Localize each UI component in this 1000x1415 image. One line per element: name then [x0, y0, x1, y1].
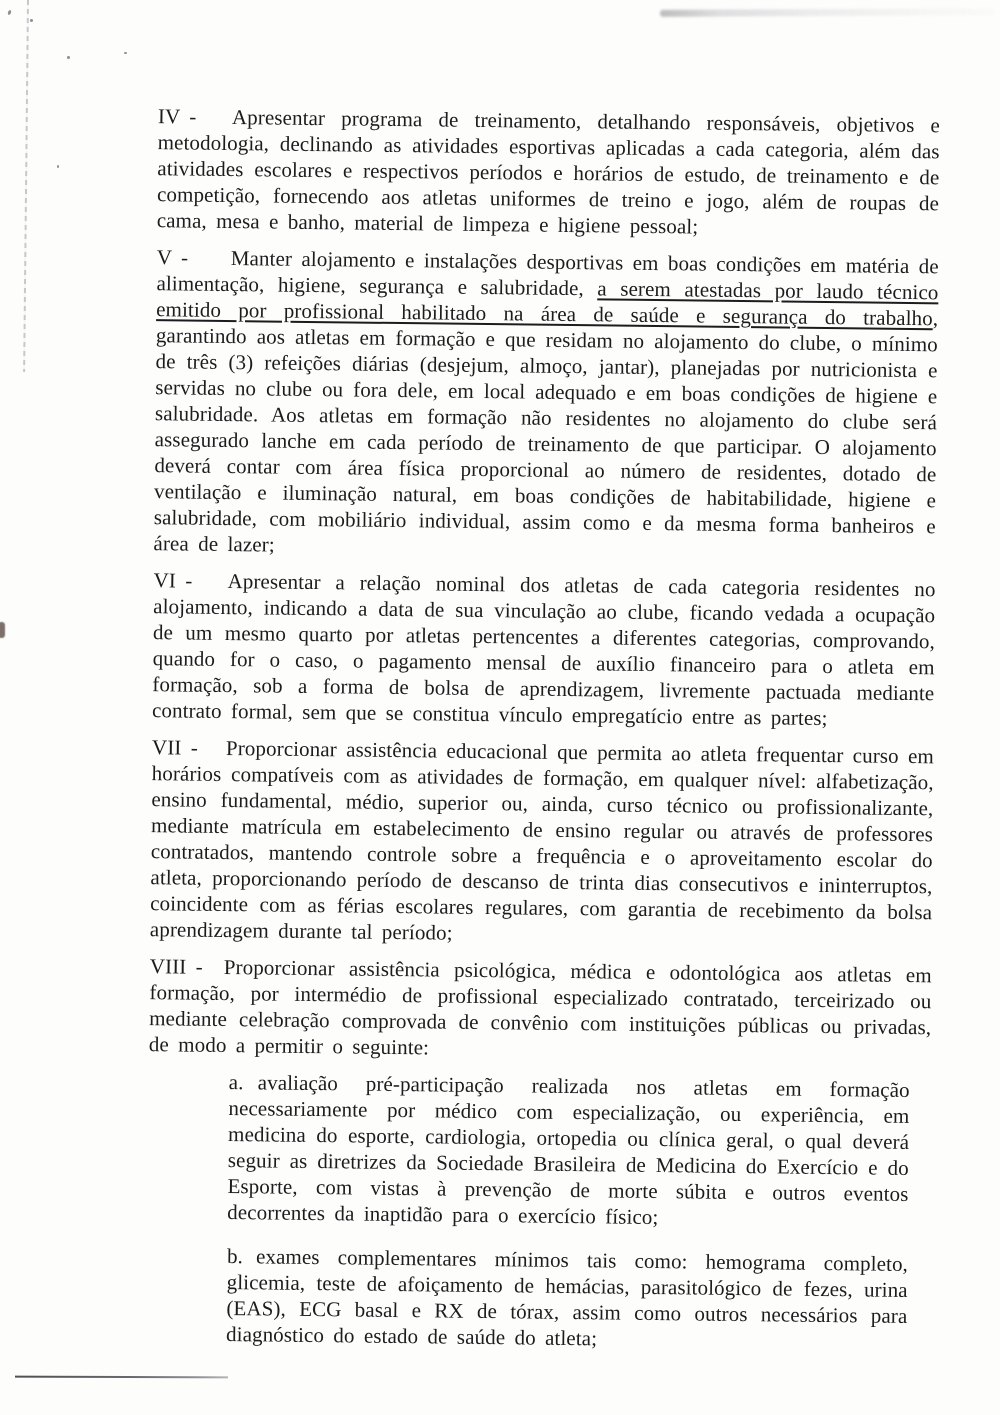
clause-v: V -Manter alojamento e instalações despo…: [153, 244, 939, 565]
clause-v-text-after: , garantindo aos atletas em formação e q…: [153, 306, 938, 556]
scan-speck: [57, 165, 59, 168]
clause-iv: IV -Apresentar programa de treinamento, …: [157, 103, 940, 242]
scan-edge-mark-left: [0, 622, 5, 638]
document-body: IV -Apresentar programa de treinamento, …: [146, 104, 940, 1354]
clause-iv-text: Apresentar programa de treinamento, deta…: [157, 105, 940, 238]
clause-viii-number: VIII -: [150, 953, 224, 980]
clause-vii: VII -Proporcionar assistência educaciona…: [150, 734, 934, 951]
scanned-document-page: { "colors": { "page_background": "#fdfdf…: [0, 0, 1000, 1415]
scan-speck: [67, 56, 70, 59]
clause-viii: VIII -Proporcionar assistência psicológi…: [149, 953, 932, 1066]
subclause-a: a.avaliação pré-participação realizada n…: [227, 1069, 910, 1233]
clause-vii-text: Proporcionar assistência educacional que…: [150, 736, 934, 945]
subclause-a-letter: a.: [229, 1069, 258, 1095]
clause-vi: VI -Apresentar a relação nominal dos atl…: [152, 567, 936, 732]
footer-rule-line: [15, 1376, 228, 1379]
clause-vi-number: VI -: [153, 567, 227, 594]
scan-speck: [30, 19, 33, 22]
clause-vii-number: VII -: [152, 734, 226, 761]
scan-smudge-top: [660, 8, 995, 17]
clause-viii-text: Proporcionar assistência psicológica, mé…: [149, 955, 932, 1059]
scan-speck: [124, 52, 127, 54]
clause-iv-number: IV -: [158, 103, 232, 130]
subclause-a-text: avaliação pré-participação realizada nos…: [227, 1070, 910, 1229]
clause-v-number: V -: [157, 244, 231, 271]
subclause-b-text: exames complementares mínimos tais como:…: [226, 1244, 908, 1350]
subclause-b: b.exames complementares mínimos tais com…: [226, 1243, 908, 1355]
clause-vi-text: Apresentar a relação nominal dos atletas…: [152, 569, 936, 730]
scan-speck: [7, 10, 12, 16]
subclause-b-letter: b.: [227, 1243, 256, 1269]
scan-fold-line-left: [23, 0, 29, 372]
